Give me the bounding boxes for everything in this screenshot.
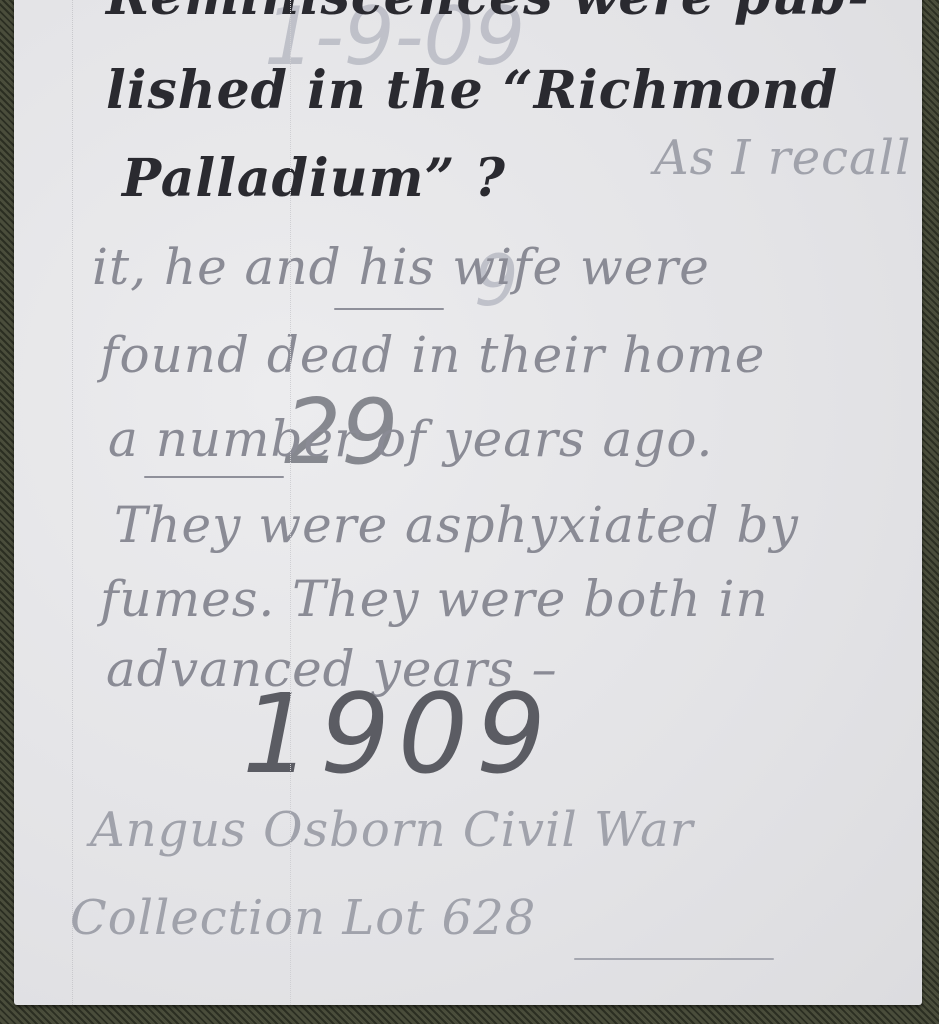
ink-line-1: Reminiscences were pub- bbox=[106, 0, 870, 27]
handwritten-note-paper: 1-9-09 9 29 Reminiscences were pub- lish… bbox=[14, 0, 922, 1005]
underline-and bbox=[334, 308, 444, 310]
pencil-line-6: fumes. They were both in bbox=[100, 570, 769, 628]
collection-line-1: Angus Osborn Civil War bbox=[90, 802, 694, 858]
pencil-line-4: a number of years ago. bbox=[108, 410, 713, 468]
pencil-line-1: As I recall bbox=[654, 130, 911, 186]
collection-line-2: Collection Lot 628 bbox=[70, 890, 536, 946]
underline-lot bbox=[574, 958, 774, 960]
year-1909: 1909 bbox=[242, 670, 554, 798]
pencil-line-5: They were asphyxiated by bbox=[114, 496, 799, 554]
pencil-line-3: found dead in their home bbox=[100, 326, 765, 384]
ink-line-3: Palladium” ? bbox=[122, 148, 506, 209]
ink-line-2: lished in the “Richmond bbox=[106, 60, 838, 121]
underline-number bbox=[144, 476, 284, 478]
pencil-line-2: it, he and his wife were bbox=[92, 238, 710, 296]
